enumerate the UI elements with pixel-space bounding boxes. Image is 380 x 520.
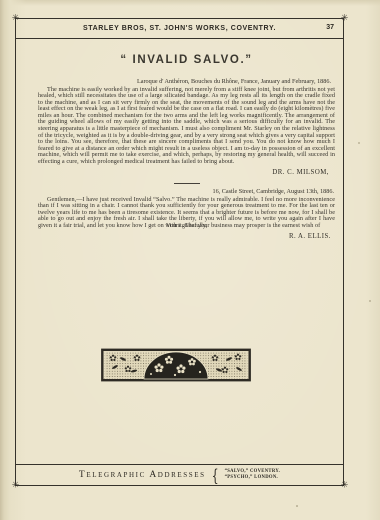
paper-speck <box>369 300 371 302</box>
paper-speck <box>358 142 360 144</box>
telegraphic-address-list: “SALVO,” COVENTRY. “PSYCHO,” LONDON. <box>225 469 280 480</box>
telegraphic-footer: Telegraphic Addresses { “SALVO,” COVENTR… <box>16 464 343 485</box>
running-header: STARLEY BROS, ST. JOHN'S WORKS, COVENTRY… <box>16 19 343 39</box>
telegraphic-address-london: “PSYCHO,” LONDON. <box>225 475 280 481</box>
brace-glyph: { <box>212 465 219 485</box>
page-number: 37 <box>326 24 334 31</box>
letter2-signature: R. A. ELLIS. <box>38 233 331 240</box>
paper-speck <box>296 505 298 507</box>
telegraphic-addresses-label: Telegraphic Addresses <box>79 470 206 480</box>
page-frame: STARLEY BROS, ST. JOHN'S WORKS, COVENTRY… <box>15 18 344 486</box>
page-body: “ INVALID SALVO.” Laroque d' Anthéron, B… <box>16 40 343 465</box>
floral-woodcut-ornament-icon <box>101 347 251 383</box>
scanned-page: ✳ ✳ ✳ ✳ STARLEY BROS, ST. JOHN'S WORKS, … <box>0 0 380 520</box>
letter1-signature: DR. C. MILSOM, <box>38 169 329 176</box>
letter1-dateline: Laroque d' Anthéron, Bouches du Rhône, F… <box>38 78 331 85</box>
section-divider <box>174 183 200 184</box>
page-title: “ INVALID SALVO.” <box>38 54 335 66</box>
header-title: STARLEY BROS, ST. JOHN'S WORKS, COVENTRY… <box>83 25 276 32</box>
letter1-body: The machine is easily worked by an inval… <box>38 87 335 166</box>
letter2-dateline: 16, Castle Street, Cambridge, August 13t… <box>38 188 334 195</box>
